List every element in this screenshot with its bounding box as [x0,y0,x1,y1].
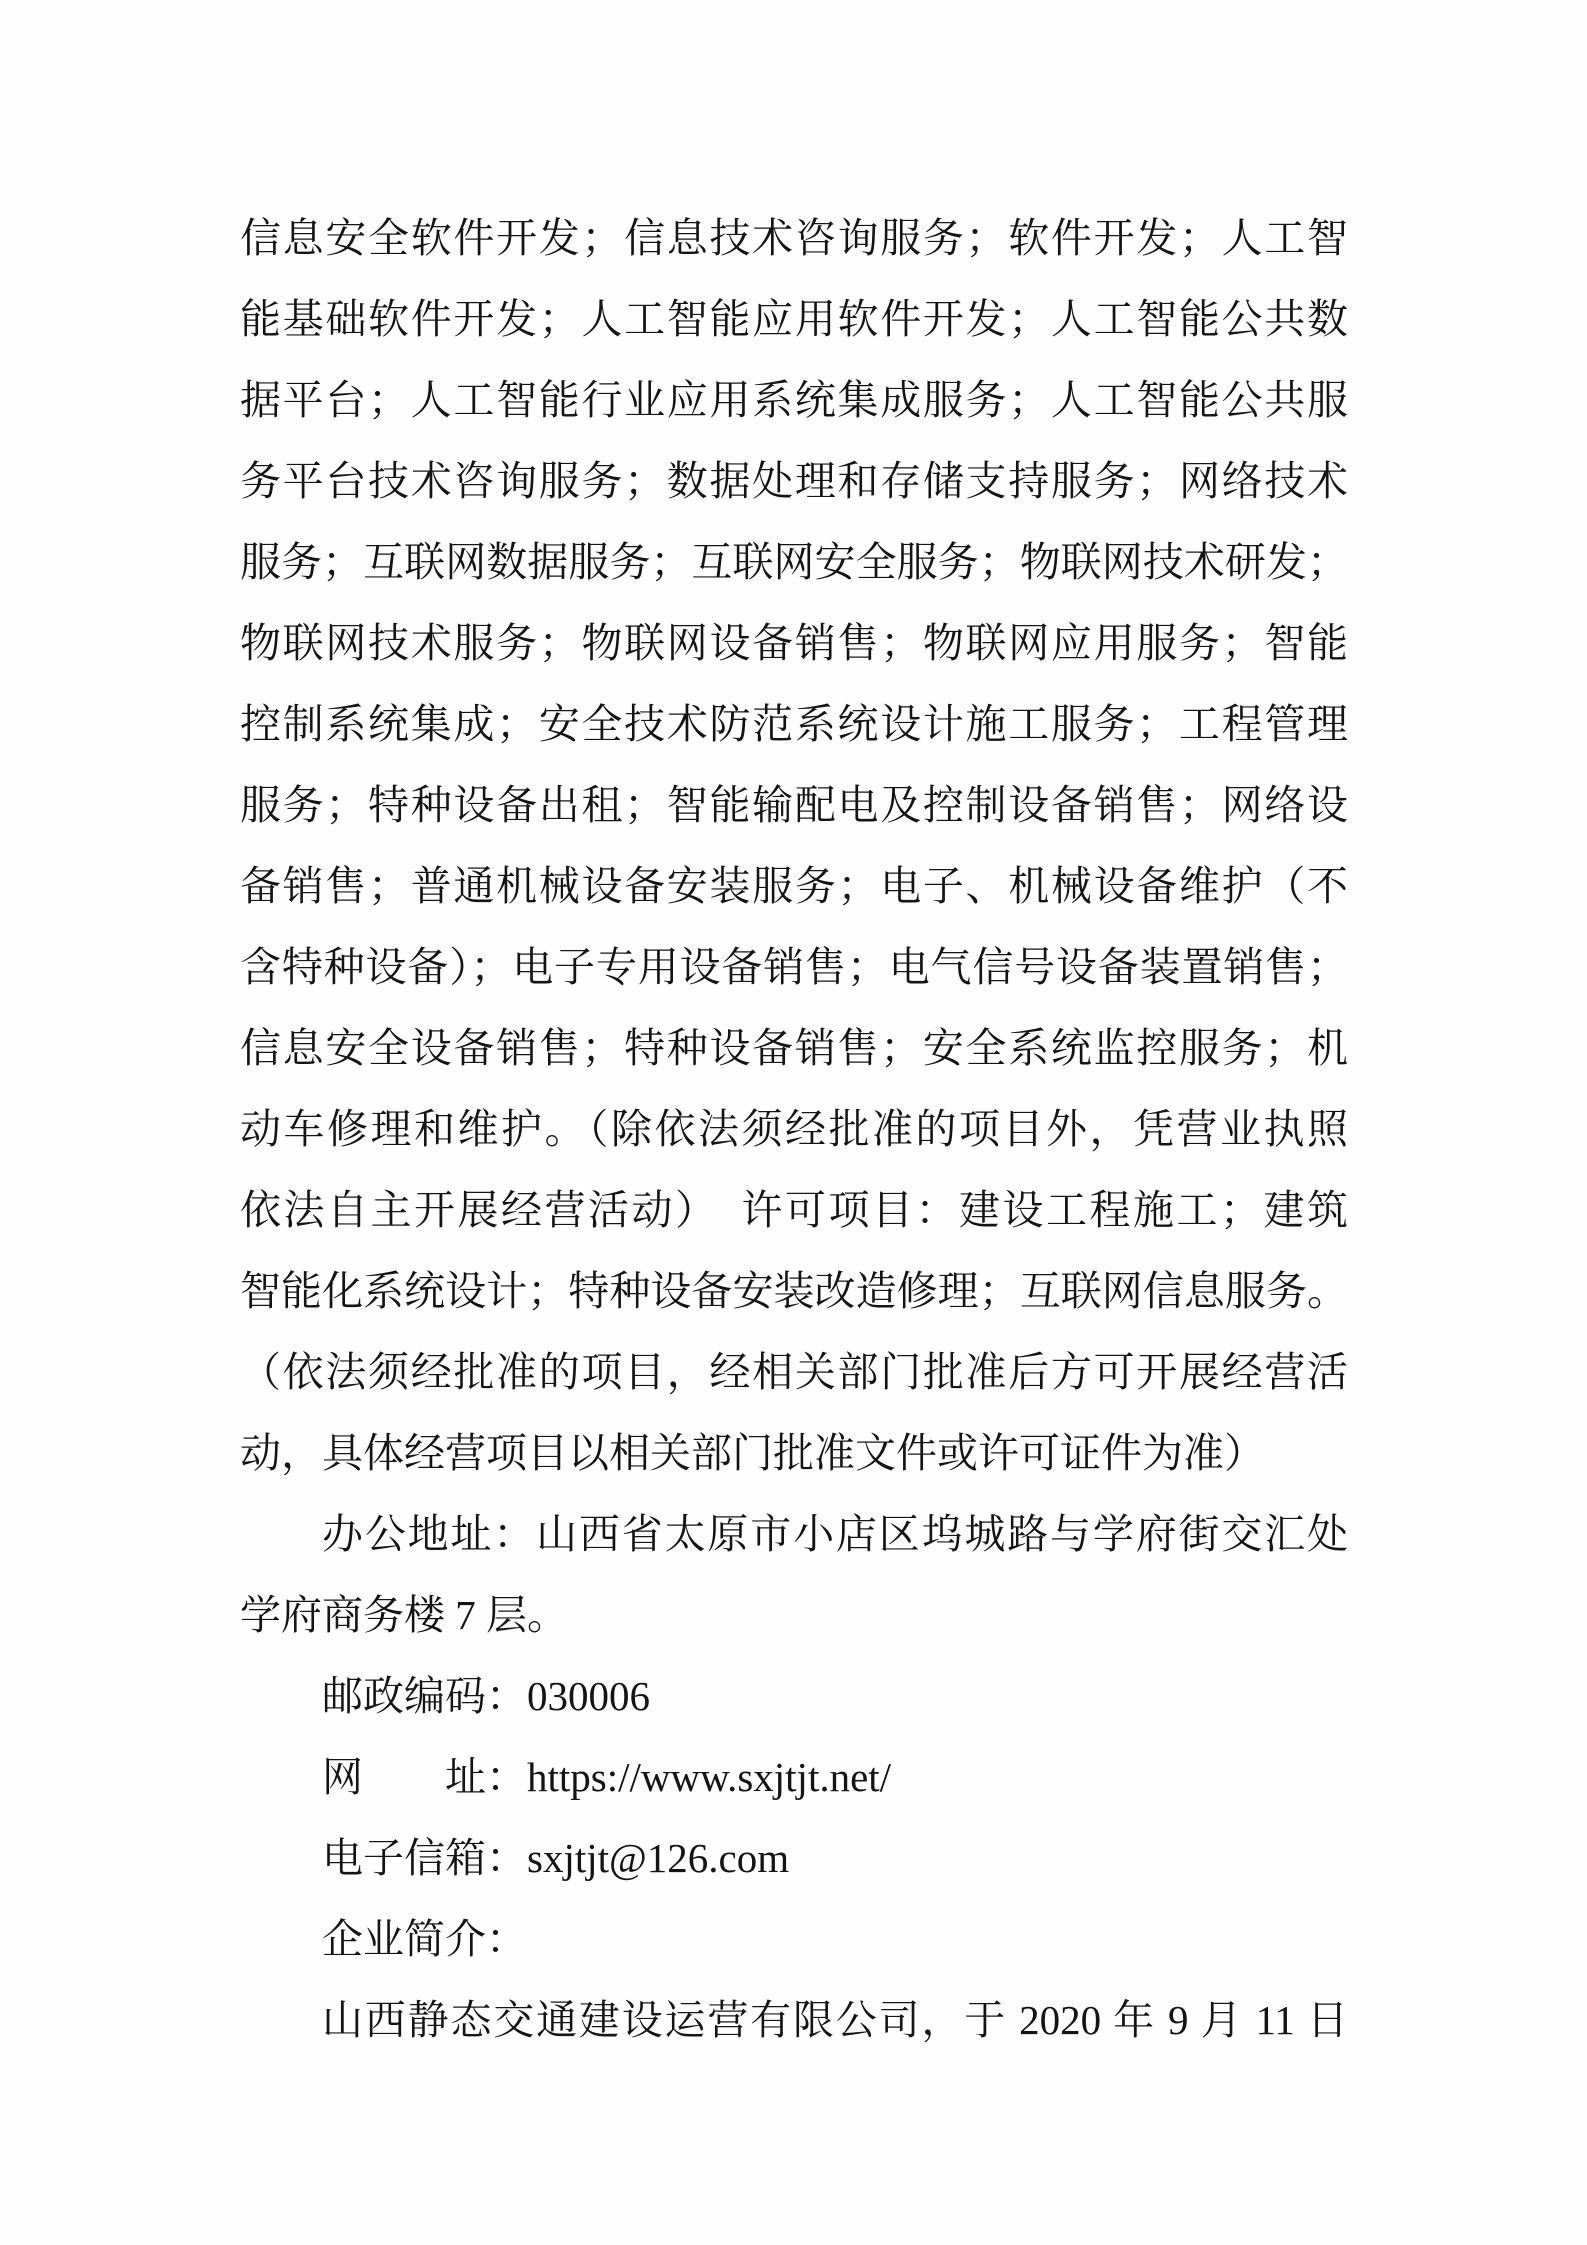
document-body: 信息安全软件开发；信息技术咨询服务；软件开发；人工智能基础软件开发；人工智能应用… [240,198,1348,2061]
text-line: 据平台；人工智能行业应用系统集成服务；人工智能公共服 [240,360,1348,441]
text-line: 学府商务楼 7 层。 [240,1575,1348,1656]
text-line: 动，具体经营项目以相关部门批准文件或许可证件为准） [240,1413,1348,1494]
text-line: 备销售；普通机械设备安装服务；电子、机械设备维护（不 [240,846,1348,927]
text-line: 依法自主开展经营活动） 许可项目：建设工程施工；建筑 [240,1170,1348,1251]
text-line: 服务；互联网数据服务；互联网安全服务；物联网技术研发； [240,522,1348,603]
text-line: 智能化系统设计；特种设备安装改造修理；互联网信息服务。 [240,1251,1348,1332]
text-line: （依法须经批准的项目，经相关部门批准后方可开展经营活 [240,1332,1348,1413]
text-line: 邮政编码：030006 [240,1656,1348,1737]
text-line: 动车修理和维护。（除依法须经批准的项目外，凭营业执照 [240,1089,1348,1170]
text-line: 网 址：https://www.sxjtjt.net/ [240,1737,1348,1818]
text-line: 控制系统集成；安全技术防范系统设计施工服务；工程管理 [240,684,1348,765]
text-line: 能基础软件开发；人工智能应用软件开发；人工智能公共数 [240,279,1348,360]
text-line: 含特种设备）；电子专用设备销售；电气信号设备装置销售； [240,927,1348,1008]
text-line: 物联网技术服务；物联网设备销售；物联网应用服务；智能 [240,603,1348,684]
text-line: 务平台技术咨询服务；数据处理和存储支持服务；网络技术 [240,441,1348,522]
text-line: 电子信箱：sxjtjt@126.com [240,1818,1348,1899]
text-line: 办公地址：山西省太原市小店区坞城路与学府街交汇处 [240,1494,1348,1575]
text-line: 服务；特种设备出租；智能输配电及控制设备销售；网络设 [240,765,1348,846]
text-line: 信息安全设备销售；特种设备销售；安全系统监控服务；机 [240,1008,1348,1089]
text-line: 信息安全软件开发；信息技术咨询服务；软件开发；人工智 [240,198,1348,279]
document-page: 信息安全软件开发；信息技术咨询服务；软件开发；人工智能基础软件开发；人工智能应用… [0,0,1587,2245]
text-line: 企业简介： [240,1899,1348,1980]
text-line: 山西静态交通建设运营有限公司，于 2020 年 9 月 11 日 [240,1980,1348,2061]
